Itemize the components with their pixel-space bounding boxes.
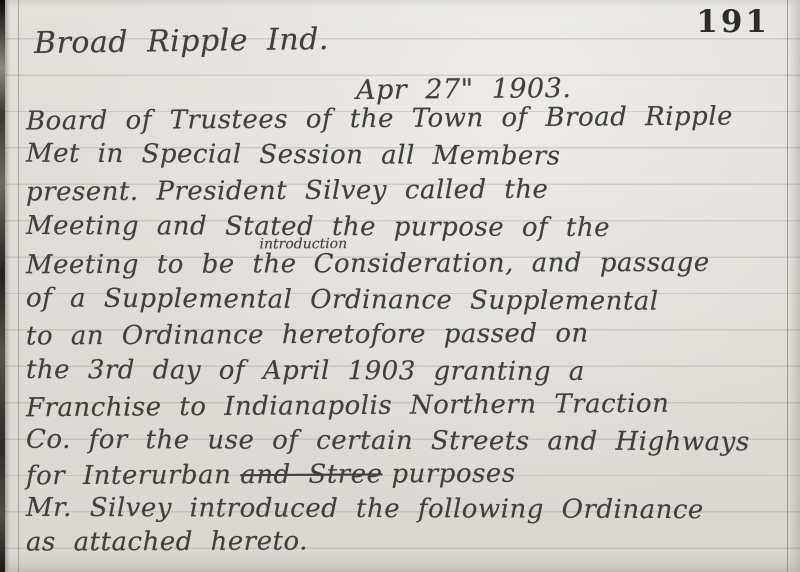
right-margin-rule [787, 0, 788, 572]
handwritten-line: Mr. Silvey introduced the following Ordi… [26, 493, 704, 525]
interlinear-insertion: introduction [259, 236, 347, 252]
book-gutter-edge [0, 0, 5, 572]
line-text: Meeting to be the [26, 249, 297, 280]
handwritten-line: the 3rd day of April 1903 granting a [26, 355, 585, 387]
handwritten-line: present. President Silvey called the [26, 175, 549, 208]
handwritten-line: Met in Special Session all Members [26, 139, 561, 172]
handwritten-line: Board of Trustees of the Town of Broad R… [26, 102, 733, 137]
handwritten-line: Franchise to Indianapolis Northern Tract… [26, 389, 670, 423]
line-text: for Interurban [26, 460, 231, 491]
ledger-page-scan: 191 Broad Ripple Ind. Apr 27" 1903. Boar… [0, 0, 800, 572]
page-number: 191 [696, 4, 770, 40]
left-margin-rule [18, 0, 19, 572]
handwritten-line: to an Ordinance heretofore passed on [26, 319, 589, 352]
line-text: Consideration, and passage [314, 248, 710, 279]
handwritten-line: of a Supplemental Ordinance Supplemental [26, 283, 659, 316]
handwritten-line: as attached hereto. [26, 527, 308, 558]
location-header: Broad Ripple Ind. [34, 22, 329, 61]
date-line: Apr 27" 1903. [356, 73, 572, 106]
handwritten-line-with-strikethrough: for Interurbanand Streepurposes [26, 459, 516, 492]
handwritten-line-with-insertion: Meeting to be theintroductionConsiderati… [26, 248, 710, 280]
line-text: purposes [391, 459, 515, 490]
struck-text: and Stree [240, 459, 382, 490]
handwritten-line: Co. for the use of certain Streets and H… [26, 425, 750, 458]
